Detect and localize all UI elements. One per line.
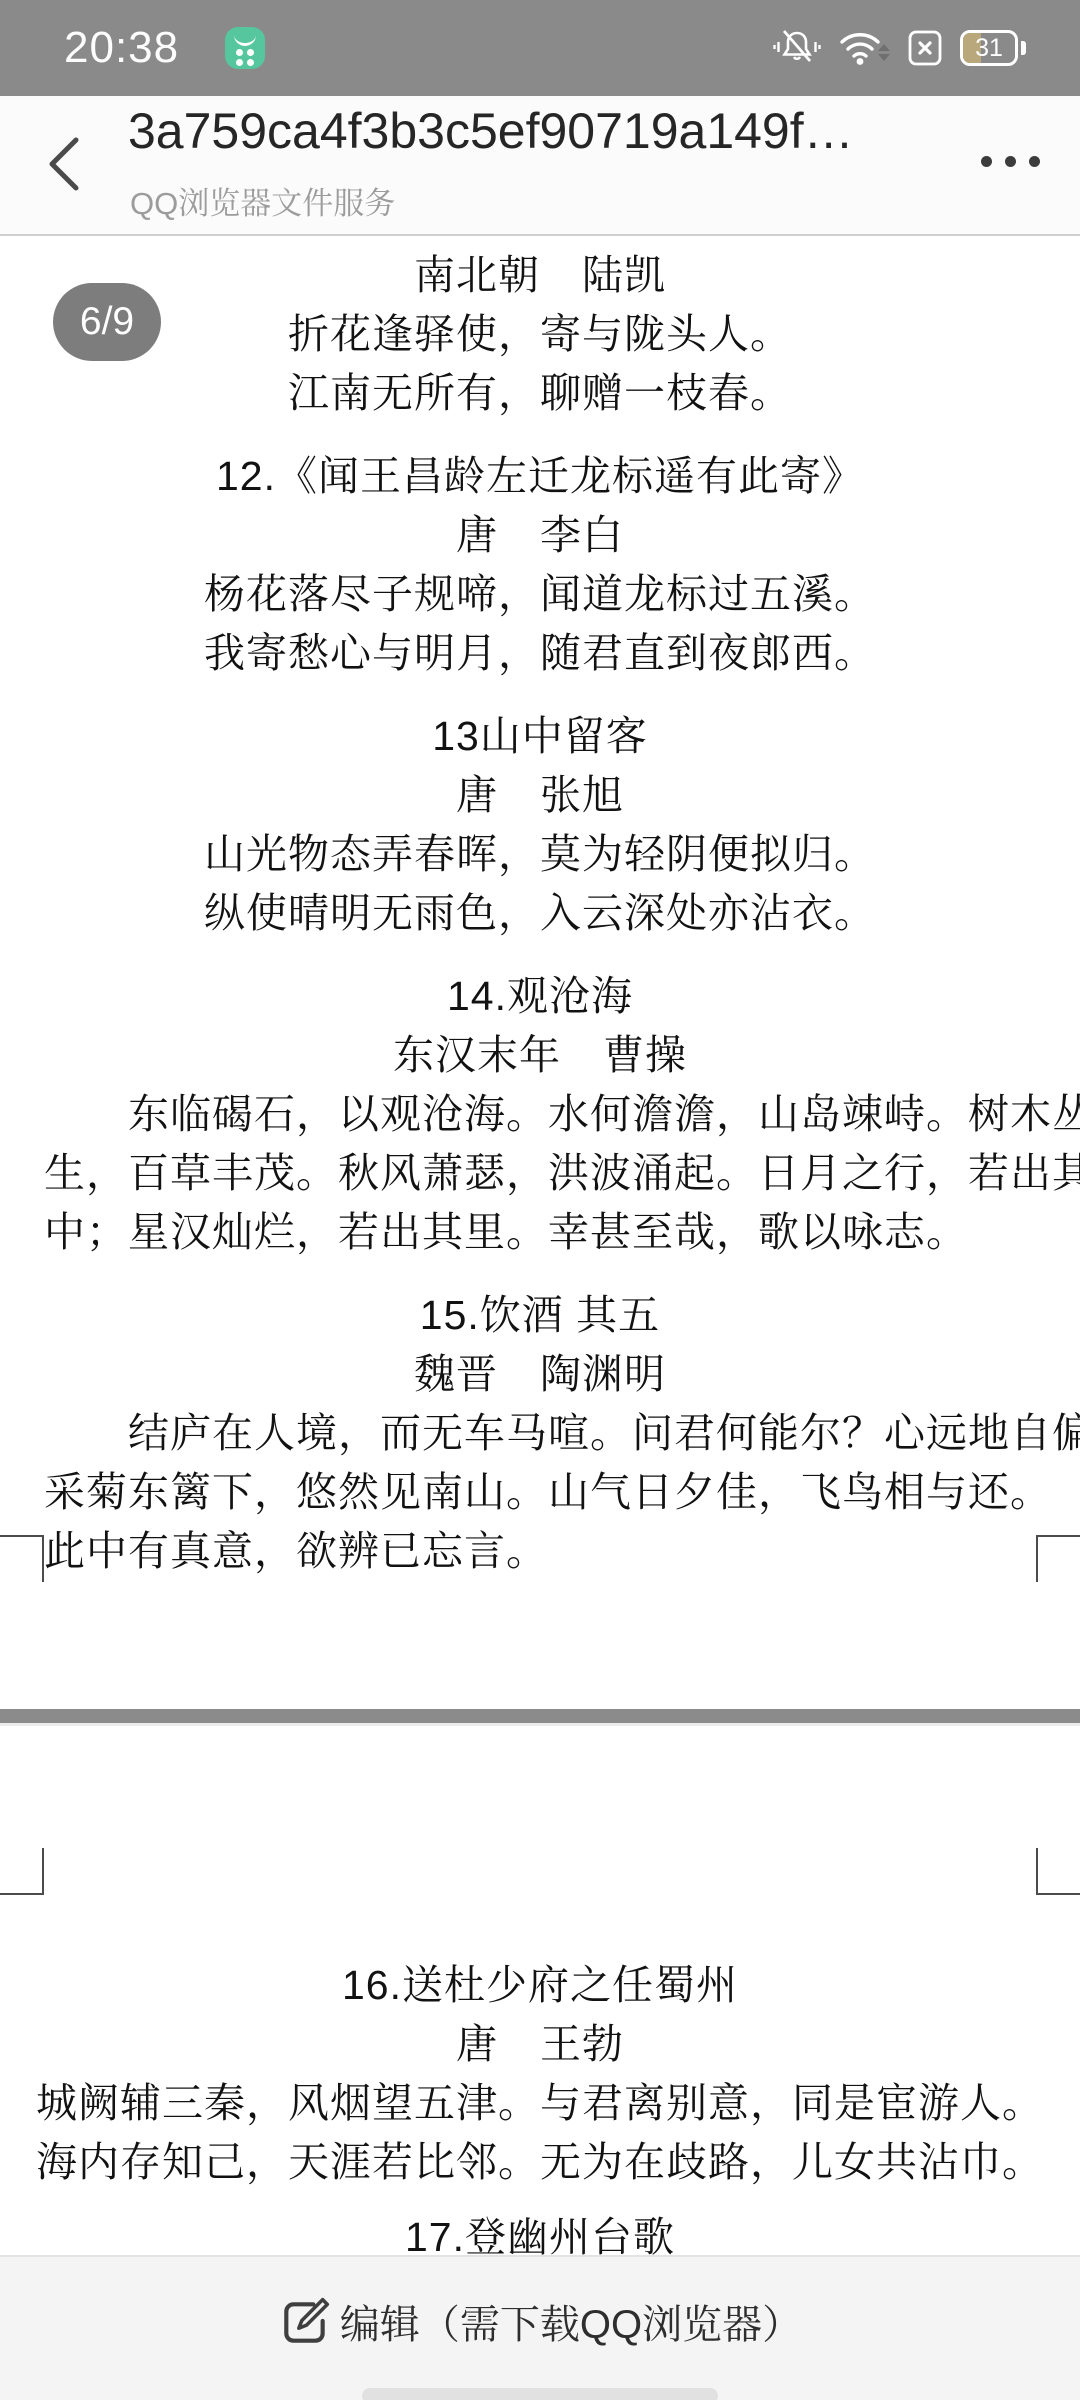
- doc-line: 13山中留客: [0, 707, 1080, 766]
- more-menu-icon[interactable]: [981, 156, 1040, 167]
- edit-pencil-icon: [278, 2295, 332, 2349]
- doc-line: 杨花落尽子规啼，闻道龙标过五溪。: [0, 565, 1080, 624]
- battery-icon: 31: [960, 30, 1018, 66]
- doc-line: 生，百草丰茂。秋风萧瑟，洪波涌起。日月之行，若出其: [0, 1144, 1080, 1203]
- doc-line: 16.送杜少府之任蜀州: [0, 1956, 1080, 2015]
- doc-line: 江南无所有，聊赠一枝春。: [0, 364, 1080, 423]
- app-notification-icon: [225, 27, 265, 69]
- doc-line: 纵使晴明无雨色，入云深处亦沾衣。: [0, 884, 1080, 943]
- doc-line: 海内存知己，天涯若比邻。无为在歧路，儿女共沾巾。: [0, 2133, 1080, 2192]
- doc-line: 魏晋 陶渊明: [0, 1345, 1080, 1404]
- status-icons: 31: [773, 27, 1026, 69]
- document-page-6[interactable]: 6/9 南北朝 陆凯折花逢驿使，寄与陇头人。江南无所有，聊赠一枝春。12.《闻王…: [0, 236, 1080, 1709]
- doc-line: 东临碣石，以观沧海。水何澹澹，山岛竦峙。树木丛: [0, 1085, 1080, 1144]
- wifi-icon: [838, 29, 890, 67]
- doc-line: 唐 王勃: [0, 2015, 1080, 2074]
- back-icon[interactable]: [44, 136, 84, 192]
- doc-line: 山光物态弄春晖，莫为轻阴便拟归。: [0, 825, 1080, 884]
- file-source-subtitle: QQ浏览器文件服务: [130, 178, 395, 223]
- page-corner-mark: [0, 1848, 44, 1895]
- bottom-toolbar: 编辑（需下载QQ浏览器）: [0, 2255, 1080, 2400]
- status-bar: 20:38: [0, 0, 1080, 96]
- battery-cap: [1021, 41, 1026, 55]
- document-page-7[interactable]: 16.送杜少府之任蜀州唐 王勃城阙辅三秦，风烟望五津。与君离别意，同是宦游人。海…: [0, 1726, 1080, 2260]
- gesture-navigation-bar[interactable]: [362, 2388, 718, 2400]
- doc-line: 唐 李白: [0, 506, 1080, 565]
- sim-missing-icon: [907, 29, 943, 67]
- dots-glyph: [236, 49, 243, 56]
- doc-line: 中；星汉灿烂，若出其里。幸甚至哉，歌以咏志。: [0, 1203, 1080, 1262]
- clock: 20:38: [64, 23, 179, 73]
- page-gap-divider: [0, 1709, 1080, 1726]
- page-corner-mark: [1036, 1535, 1080, 1582]
- network-activity-arrows: [878, 44, 890, 61]
- file-title: 3a759ca4f3b3c5ef90719a149f…: [128, 102, 958, 160]
- doc-line: 采菊东篱下，悠然见南山。山气日夕佳，飞鸟相与还。: [0, 1463, 1080, 1522]
- doc-line: 15.饮酒 其五: [0, 1286, 1080, 1345]
- doc-line: 14.观沧海: [0, 967, 1080, 1026]
- doc-line: 此中有真意，欲辨已忘言。: [0, 1522, 1080, 1581]
- page-corner-mark: [1036, 1848, 1080, 1895]
- doc-line: 南北朝 陆凯: [0, 246, 1080, 305]
- phone-screen: 20:38: [0, 0, 1080, 2400]
- edit-button[interactable]: 编辑（需下载QQ浏览器）: [278, 2293, 802, 2350]
- battery-percent: 31: [963, 33, 1015, 63]
- doc-line: 东汉末年 曹操: [0, 1026, 1080, 1085]
- edit-label: 编辑（需下载QQ浏览器）: [340, 2293, 802, 2350]
- doc-line: 唐 张旭: [0, 766, 1080, 825]
- doc-line: 折花逢驿使，寄与陇头人。: [0, 305, 1080, 364]
- doc-line: 城阙辅三秦，风烟望五津。与君离别意，同是宦游人。: [0, 2074, 1080, 2133]
- doc-line: 结庐在人境，而无车马喧。问君何能尔？心远地自偏。: [0, 1404, 1080, 1463]
- vibrate-muted-icon: [773, 27, 821, 69]
- doc-line: 我寄愁心与明月，随君直到夜郎西。: [0, 624, 1080, 683]
- page-indicator-badge: 6/9: [53, 283, 161, 361]
- page-corner-mark: [0, 1535, 44, 1582]
- doc-line: 12.《闻王昌龄左迁龙标遥有此寄》: [0, 447, 1080, 506]
- smile-glyph: [234, 32, 256, 46]
- title-bar: 3a759ca4f3b3c5ef90719a149f… QQ浏览器文件服务: [0, 96, 1080, 236]
